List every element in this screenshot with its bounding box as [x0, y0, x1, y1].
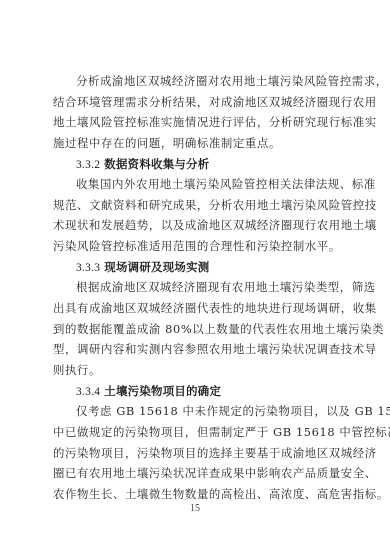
text-line: 术现状和发展趋势，以及成渝地区双城经济圈现行农用地土壤	[53, 215, 336, 236]
text-line: 则执行。	[53, 360, 336, 381]
text-line: 施过程中存在的问题，明确标准制定重点。	[53, 133, 336, 154]
text-line: 仅考虑 GB 15618 中未作规定的污染物项目，以及 GB 15618	[53, 401, 336, 422]
section-title: 数据资料收集与分析	[104, 157, 209, 171]
text-line: 出具有成渝地区双城经济圈代表性的地块进行现场调研，收集	[53, 298, 336, 319]
section-3-3-2: 3.3.2数据资料收集与分析 收集国内外农用地土壤污染风险管控相关法律法规、标准…	[53, 154, 336, 257]
text-line: 根据成渝地区双城经济圈现有农用地土壤污染类型，筛选	[53, 277, 336, 298]
text-line: 圈已有农用地土壤污染状况详查成果中影响农产品质量安全、	[53, 463, 336, 484]
section-number: 3.3.4	[76, 386, 100, 398]
section-3-3-3: 3.3.3现场调研及现场实测 根据成渝地区双城经济圈现有农用地土壤污染类型，筛选…	[53, 257, 336, 381]
section-title: 土壤污染物项目的确定	[104, 384, 221, 398]
text-line: 型，调研内容和实测内容参照农用地土壤污染状况调查技术导	[53, 339, 336, 360]
text-line: 地土壤风险管控标准实施情况进行评估，分析研究现行标准实	[53, 112, 336, 133]
text-line: 到的数据能覆盖成渝 80%以上数量的代表性农用地土壤污染类	[53, 319, 336, 340]
text-line: 的污染物项目，污染物项目的选择主要基于成渝地区双城经济	[53, 443, 336, 464]
text-line: 规范、文献资料和研究成果，分析农用地土壤污染风险管控技	[53, 195, 336, 216]
section-heading: 3.3.4土壤污染物项目的确定	[53, 381, 336, 402]
text-line: 污染风险管控标准适用范围的合理性和污染控制水平。	[53, 236, 336, 257]
section-title: 现场调研及现场实测	[104, 260, 209, 274]
document-page: 分析成渝地区双城经济圈对农用地土壤污染风险管控需求， 结合环境管理需求分析结果，…	[0, 0, 390, 551]
text-line: 农作物生长、土壤微生物数量的高检出、高浓度、高危害指标。	[53, 484, 336, 505]
page-number: 15	[0, 503, 390, 514]
section-number: 3.3.2	[76, 159, 100, 171]
section-3-3-4: 3.3.4土壤污染物项目的确定 仅考虑 GB 15618 中未作规定的污染物项目…	[53, 381, 336, 505]
section-heading: 3.3.2数据资料收集与分析	[53, 154, 336, 175]
paragraph-intro: 分析成渝地区双城经济圈对农用地土壤污染风险管控需求， 结合环境管理需求分析结果，…	[53, 71, 336, 154]
text-line: 中已做规定的污染物项目，但需制定严于 GB 15618 中管控标准	[53, 422, 336, 443]
page-body: 分析成渝地区双城经济圈对农用地土壤污染风险管控需求， 结合环境管理需求分析结果，…	[53, 71, 336, 504]
section-heading: 3.3.3现场调研及现场实测	[53, 257, 336, 278]
section-number: 3.3.3	[76, 262, 100, 274]
text-line: 结合环境管理需求分析结果，对成渝地区双城经济圈现行农用	[53, 92, 336, 113]
text-line: 分析成渝地区双城经济圈对农用地土壤污染风险管控需求，	[53, 71, 336, 92]
text-line: 收集国内外农用地土壤污染风险管控相关法律法规、标准	[53, 174, 336, 195]
